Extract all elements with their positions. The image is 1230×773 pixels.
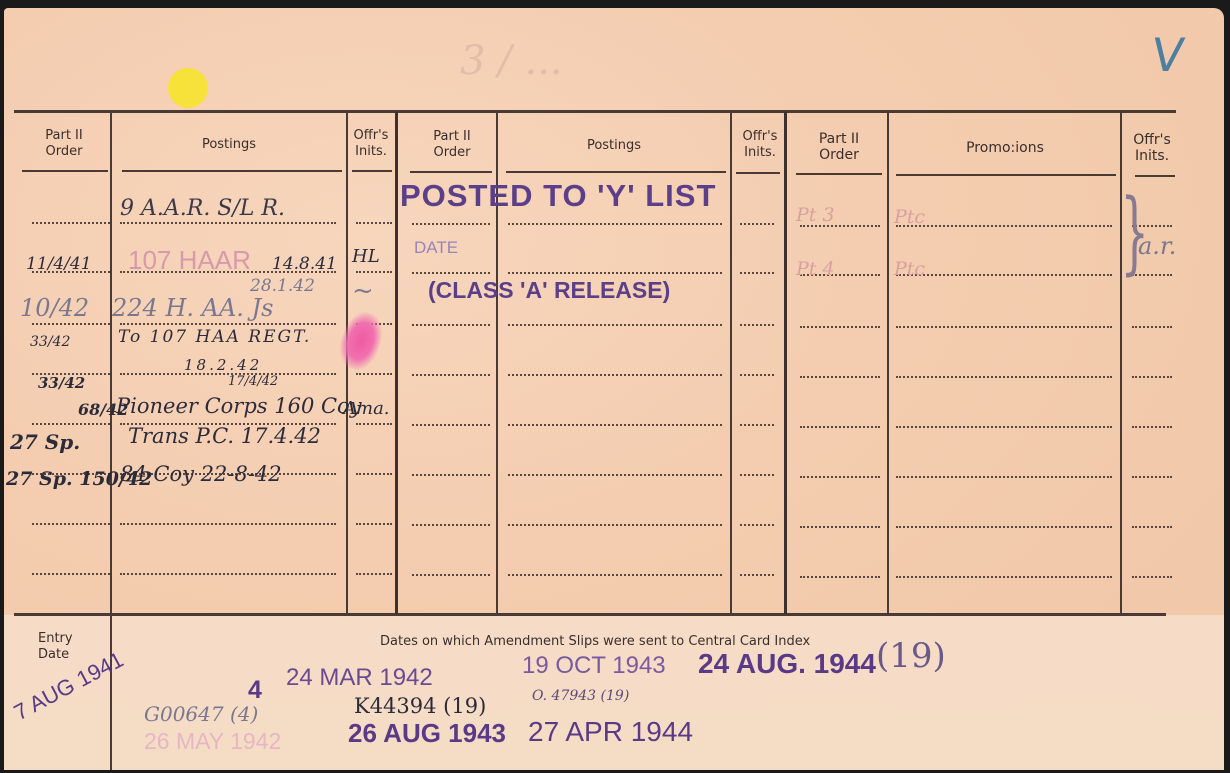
header-part2-order: Part II Order — [22, 128, 106, 160]
dotted-rule — [356, 473, 392, 475]
header-rule — [1135, 175, 1175, 177]
dotted-rule — [1132, 326, 1172, 328]
header-text: Part II — [410, 129, 494, 145]
header-rule — [22, 170, 108, 172]
dotted-rule — [32, 222, 110, 224]
label-text: Entry — [38, 631, 73, 647]
dotted-rule — [412, 474, 490, 476]
amendment-date-stamp: 27 APR 1944 — [528, 716, 693, 748]
dotted-rule — [740, 574, 774, 576]
posting-entry: 9 A.A.R. S/L R. — [120, 196, 285, 221]
header-text: Offr's — [1124, 132, 1180, 148]
header-text: Inits. — [348, 144, 394, 160]
header-offrs-inits: Offr's Inits. — [734, 129, 786, 161]
dotted-rule — [1132, 476, 1172, 478]
header-text: Order — [22, 144, 106, 160]
dotted-rule — [740, 324, 774, 326]
col-divider — [730, 112, 732, 614]
dotted-rule — [356, 523, 392, 525]
dotted-rule — [508, 524, 722, 526]
dotted-rule — [800, 426, 880, 428]
posting-date: 14.8.41 — [272, 254, 337, 274]
dotted-rule — [740, 223, 774, 225]
inits-scribble: ~ — [352, 276, 374, 306]
dotted-rule — [120, 573, 336, 575]
promotion-order: Pt 4 — [796, 258, 835, 280]
amendment-date-stamp: 24 AUG. 1944 — [698, 648, 876, 680]
dotted-rule — [800, 376, 880, 378]
header-text: Order — [410, 145, 494, 161]
inits-entry: Ama. — [343, 398, 390, 419]
dotted-rule — [800, 576, 880, 578]
dotted-rule — [412, 524, 490, 526]
dotted-rule — [896, 326, 1112, 328]
header-text: Offr's — [734, 129, 786, 145]
dotted-rule — [412, 574, 490, 576]
dotted-rule — [356, 222, 392, 224]
dotted-rule — [32, 423, 110, 425]
order-entry: 27 Sp. — [10, 430, 80, 454]
section-divider — [784, 112, 787, 614]
table-bottom-rule — [14, 613, 1166, 616]
posting-entry: 84 Coy 22-8-42 — [120, 462, 282, 486]
dotted-rule — [800, 326, 880, 328]
posting-date: 18.2.42 — [184, 356, 262, 374]
dotted-rule — [356, 423, 392, 425]
dotted-rule — [412, 223, 490, 225]
dotted-rule — [896, 526, 1112, 528]
amendment-slips-label: Dates on which Amendment Slips were sent… — [380, 634, 810, 649]
dotted-rule — [800, 476, 880, 478]
dotted-rule — [412, 374, 490, 376]
dotted-rule — [508, 374, 722, 376]
promotion-entry: Ptc — [894, 206, 925, 228]
posting-entry: To 107 HAA REGT. — [118, 327, 311, 347]
dotted-rule — [1132, 576, 1172, 578]
amendment-ref: G00647 (4) — [144, 702, 258, 726]
dotted-rule — [896, 426, 1112, 428]
posting-stamp: 107 HAAR — [128, 245, 251, 276]
header-offrs-inits: Offr's Inits. — [1124, 132, 1180, 164]
section-divider — [395, 112, 398, 614]
dotted-rule — [1132, 426, 1172, 428]
dotted-rule — [1132, 526, 1172, 528]
dotted-rule — [356, 373, 392, 375]
dotted-rule — [508, 272, 722, 274]
amendment-date-stamp: 24 MAR 1942 — [286, 664, 433, 692]
dotted-rule — [120, 323, 336, 325]
promotion-order: Pt 3 — [796, 204, 835, 226]
dotted-rule — [32, 573, 110, 575]
dotted-rule — [740, 272, 774, 274]
header-part2-order: Part II Order — [410, 129, 494, 161]
dotted-rule — [896, 476, 1112, 478]
dotted-rule — [896, 376, 1112, 378]
promotion-entry: Ptc — [894, 258, 925, 280]
table-top-rule — [14, 110, 1176, 113]
order-entry: 11/4/41 — [26, 254, 92, 274]
dotted-rule — [740, 374, 774, 376]
header-rule — [796, 173, 882, 175]
label-text: Date — [38, 647, 73, 663]
amendment-date-stamp: 26 AUG 1943 — [348, 718, 506, 749]
header-rule — [410, 171, 492, 173]
order-entry: 33/42 — [30, 334, 70, 350]
header-rule — [896, 174, 1116, 176]
promotion-inits: a.r. — [1138, 232, 1176, 260]
dotted-rule — [508, 474, 722, 476]
header-text: Offr's — [348, 128, 394, 144]
header-rule — [506, 171, 726, 173]
entry-date-label: Entry Date — [38, 631, 73, 663]
header-postings: Postings — [112, 137, 346, 153]
dotted-rule — [740, 424, 774, 426]
stamp-date-label: DATE — [414, 238, 458, 258]
posted-to-y-list-stamp: POSTED TO 'Y' LIST — [400, 178, 716, 214]
dotted-rule — [356, 271, 392, 273]
dotted-rule — [412, 324, 490, 326]
header-promotions: Promo:ions — [890, 140, 1120, 156]
yellow-dot-sticker — [168, 68, 208, 108]
posting-entry: Pioneer Corps 160 Coy — [116, 394, 362, 418]
class-a-release-stamp: (CLASS 'A' RELEASE) — [428, 277, 670, 304]
dotted-rule — [32, 323, 110, 325]
dotted-rule — [508, 574, 722, 576]
col-divider — [110, 112, 112, 614]
col-divider — [887, 112, 889, 614]
dotted-rule — [896, 225, 1112, 227]
header-text: Part II — [796, 131, 882, 147]
header-part2-order: Part II Order — [796, 131, 882, 163]
header-rule — [122, 170, 342, 172]
dotted-rule — [120, 222, 336, 224]
order-entry: 33/42 — [38, 374, 85, 392]
dotted-rule — [1132, 376, 1172, 378]
header-text: Part II — [22, 128, 106, 144]
dotted-rule — [32, 523, 110, 525]
dotted-rule — [508, 223, 722, 225]
dotted-rule — [508, 324, 722, 326]
header-text: Inits. — [1124, 148, 1180, 164]
dotted-rule — [800, 526, 880, 528]
amendment-ref: K44394 (19) — [354, 694, 486, 718]
posting-date: 28.1.42 — [250, 276, 315, 296]
dotted-rule — [508, 424, 722, 426]
faint-pencil-note: 3 / ... — [460, 38, 563, 84]
header-postings: Postings — [498, 138, 730, 154]
header-text: Order — [796, 147, 882, 163]
amendment-ref: (19) — [876, 636, 946, 676]
order-entry: 10/42 — [20, 294, 89, 322]
inits-entry: HL — [352, 246, 380, 267]
dotted-rule — [896, 576, 1112, 578]
dotted-rule — [412, 424, 490, 426]
header-offrs-inits: Offr's Inits. — [348, 128, 394, 160]
dotted-rule — [120, 523, 336, 525]
posting-date: 17/4/42 — [228, 374, 278, 389]
dotted-rule — [896, 274, 1112, 276]
posting-entry: 224 H. AA. Js — [112, 294, 273, 322]
header-rule — [352, 170, 392, 172]
amendment-ref: 4 — [248, 676, 262, 705]
amendment-date-stamp: 19 OCT 1943 — [522, 652, 666, 680]
footer-divider — [110, 615, 112, 770]
amendment-ref: O. 47943 (19) — [532, 688, 629, 704]
dotted-rule — [740, 474, 774, 476]
dotted-rule — [356, 573, 392, 575]
dotted-rule — [740, 524, 774, 526]
header-rule — [736, 172, 780, 174]
header-text: Inits. — [734, 145, 786, 161]
dotted-rule — [412, 272, 490, 274]
amendment-date-stamp: 26 MAY 1942 — [144, 728, 281, 755]
posting-entry: Trans P.C. 17.4.42 — [128, 424, 321, 448]
